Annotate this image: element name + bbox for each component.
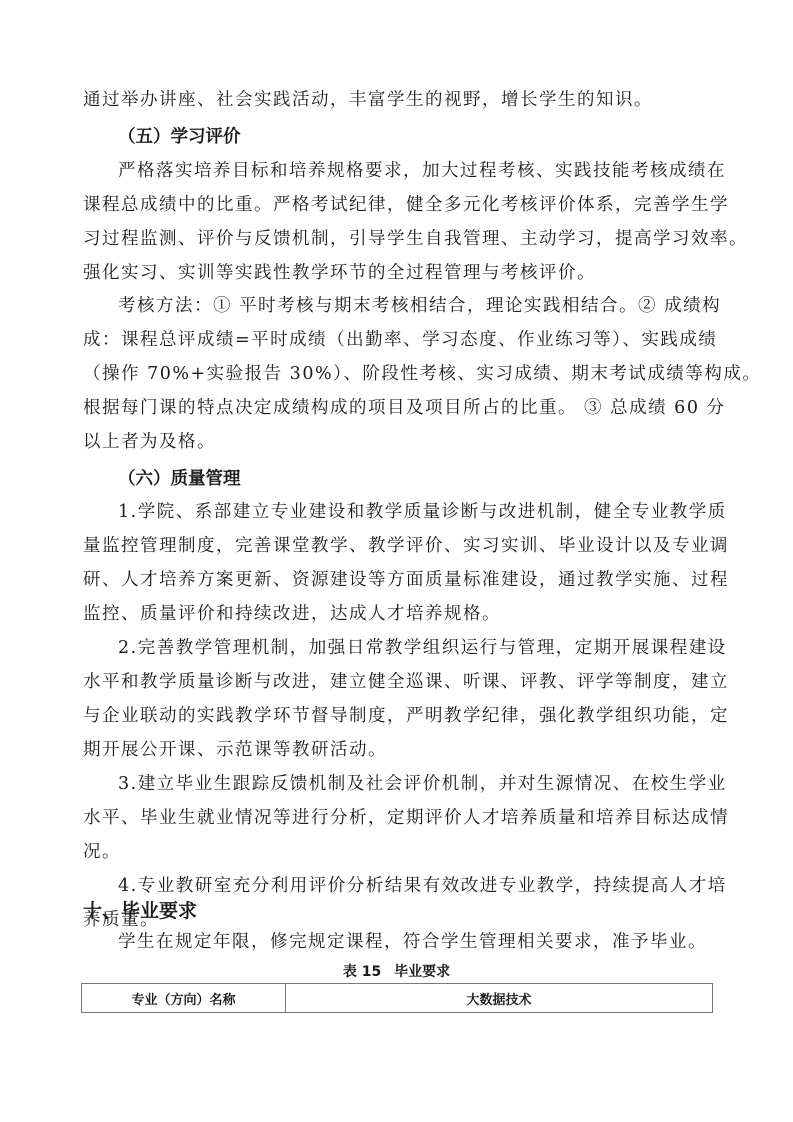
paragraph-line: 考核方法：① 平时考核与期末考核相结合，理论实践相结合。② 成绩构 [118,294,713,318]
section-heading-quality-management: （六）质量管理 [118,465,241,490]
table-cell-value: 大数据技术 [286,984,713,1013]
table-cell-label: 专业（方向）名称 [82,984,286,1013]
paragraph-line: 期开展公开课、示范课等教研活动。 [83,738,713,762]
paragraph-line: 1.学院、系部建立专业建设和教学质量诊断与改进机制，健全专业教学质 [118,500,713,524]
paragraph-line: 与企业联动的实践教学环节督导制度，严明教学纪律，强化教学组织功能，定 [83,704,713,728]
paragraph-line: 以上者为及格。 [83,430,713,454]
paragraph-line: 况。 [83,840,713,864]
paragraph-line: 2.完善教学管理机制，加强日常教学组织运行与管理，定期开展课程建设 [118,636,713,660]
paragraph-line: 成：课程总评成绩=平时成绩（出勤率、学习态度、作业练习等）、实践成绩 [83,328,713,352]
table-caption-number: 表 15 [343,964,381,980]
document-page: 通过举办讲座、社会实践活动，丰富学生的视野，增长学生的知识。 （五）学习评价 严… [0,0,793,1122]
paragraph-line: （操作 70%+实验报告 30%）、阶段性考核、实习成绩、期末考试成绩等构成。 [83,362,713,386]
graduation-requirements-table: 专业（方向）名称 大数据技术 [81,983,713,1013]
paragraph-line: 量监控管理制度，完善课堂教学、教学评价、实习实训、毕业设计以及专业调 [83,534,713,558]
paragraph-line: 习过程监测、评价与反馈机制，引导学生自我管理、主动学习，提高学习效率。 [83,227,713,251]
paragraph-line: 通过举办讲座、社会实践活动，丰富学生的视野，增长学生的知识。 [83,88,713,112]
chapter-heading-graduation-requirements: 十、毕业要求 [83,896,197,923]
paragraph-line: 水平、毕业生就业情况等进行分析，定期评价人才培养质量和培养目标达成情 [83,806,713,830]
paragraph-line: 学生在规定年限，修完规定课程，符合学生管理相关要求，准予毕业。 [118,930,713,954]
table-row: 专业（方向）名称 大数据技术 [82,984,713,1013]
paragraph-line: 4.专业教研室充分利用评价分析结果有效改进专业教学，持续提高人才培 [118,874,713,898]
paragraph-line: 水平和教学质量诊断与改进，建立健全巡课、听课、评教、评学等制度，建立 [83,670,713,694]
paragraph-line: 强化实习、实训等实践性教学环节的全过程管理与考核评价。 [83,261,713,285]
paragraph-line: 监控、质量评价和持续改进，达成人才培养规格。 [83,602,713,626]
paragraph-line: 根据每门课的特点决定成绩构成的项目及项目所占的比重。 ③ 总成绩 60 分 [83,396,713,420]
section-heading-learning-evaluation: （五）学习评价 [118,123,241,148]
paragraph-line: 研、人才培养方案更新、资源建设等方面质量标准建设，通过教学实施、过程 [83,568,713,592]
table-caption: 表 15 毕业要求 [0,961,793,981]
paragraph-line: 课程总成绩中的比重。严格考试纪律，健全多元化考核评价体系，完善学生学 [83,193,713,217]
paragraph-line: 严格落实培养目标和培养规格要求，加大过程考核、实践技能考核成绩在 [118,159,713,183]
table-caption-title: 毕业要求 [394,964,450,980]
paragraph-line: 3.建立毕业生跟踪反馈机制及社会评价机制，并对生源情况、在校生学业 [118,772,713,796]
